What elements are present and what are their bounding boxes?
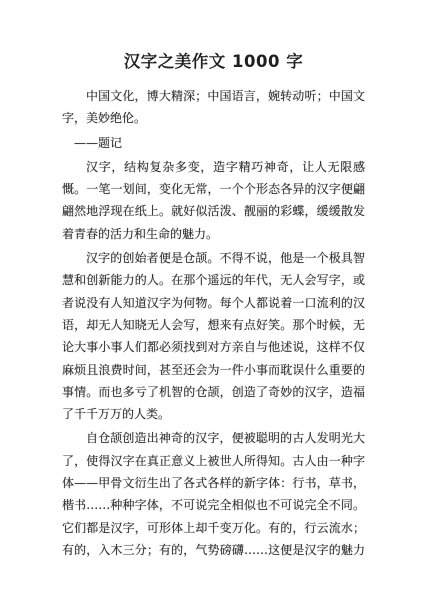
- text-line: 楷书……种种字体，不可说完全相似也不可说完全不同。: [62, 494, 365, 516]
- text-line: 它们都是汉字，可形体上却千变万化。有的，行云流水；: [62, 517, 365, 539]
- text-line: 事情。而也多亏了机智的仓颉，创造了奇妙的汉字，造福: [62, 381, 365, 403]
- text-line: ——题记: [62, 132, 365, 154]
- text-line: 慧和创新能力的人。在那个遥远的年代，无人会写字，或: [62, 269, 365, 291]
- text-line: 着青春的活力和生命的魅力。: [62, 223, 365, 245]
- text-line: 字，美妙绝伦。: [62, 107, 365, 129]
- text-line: 翩然地浮现在纸上。就好似活泼、靓丽的彩蝶，缓缓散发: [62, 200, 365, 222]
- epigraph-text: 中国文化，博大精深；中国语言，婉转动听；中国文字，美妙绝伦。: [62, 85, 365, 130]
- text-line: 麻烦且浪费时间，甚至还会为一件小事而耽误什么重要的: [62, 359, 365, 381]
- text-line: 语，却无人知晓无人会写，想来有点好笑。那个时候，无: [62, 314, 365, 336]
- text-line: 体——甲骨文衍生出了各式各样的新字体：行书，草书，: [62, 472, 365, 494]
- text-line: 有的，入木三分；有的，气势磅礴……这便是汉字的魅力: [62, 539, 365, 561]
- text-line: 论大事小事人们都必须找到对方亲自与他述说，这样不仅: [62, 336, 365, 358]
- body-paragraph-3: 自仓颉创造出神奇的汉字，便被聪明的古人发明光大了，使得汉字在真正意义上被世人所得…: [62, 427, 365, 561]
- epigraph-label: ——题记: [62, 132, 365, 154]
- essay-body: 中国文化，博大精深；中国语言，婉转动听；中国文字，美妙绝伦。——题记汉字，结构复…: [62, 85, 365, 561]
- text-line: 汉字，结构复杂多变，造字精巧神奇，让人无限感: [62, 156, 365, 178]
- text-line: 者说没有人知道汉字为何物。每个人都说着一口流利的汉: [62, 292, 365, 314]
- body-paragraph-1: 汉字，结构复杂多变，造字精巧神奇，让人无限感慨。一笔一划间，变化无常，一个个形态…: [62, 156, 365, 245]
- body-paragraph-2: 汉字的创始者便是仓颉。不得不说，他是一个极具智慧和创新能力的人。在那个遥远的年代…: [62, 247, 365, 425]
- text-line: 汉字的创始者便是仓颉。不得不说，他是一个极具智: [62, 247, 365, 269]
- essay-title: 汉字之美作文 1000 字: [62, 48, 365, 76]
- text-line: 慨。一笔一划间，变化无常，一个个形态各异的汉字便翩: [62, 178, 365, 200]
- text-line: 了，使得汉字在真正意义上被世人所得知。古人由一种字: [62, 450, 365, 472]
- text-line: 自仓颉创造出神奇的汉字，便被聪明的古人发明光大: [62, 427, 365, 449]
- text-line: 了千千万万的人类。: [62, 403, 365, 425]
- document-page: 汉字之美作文 1000 字 中国文化，博大精深；中国语言，婉转动听；中国文字，美…: [0, 0, 424, 600]
- text-line: 中国文化，博大精深；中国语言，婉转动听；中国文: [62, 85, 365, 107]
